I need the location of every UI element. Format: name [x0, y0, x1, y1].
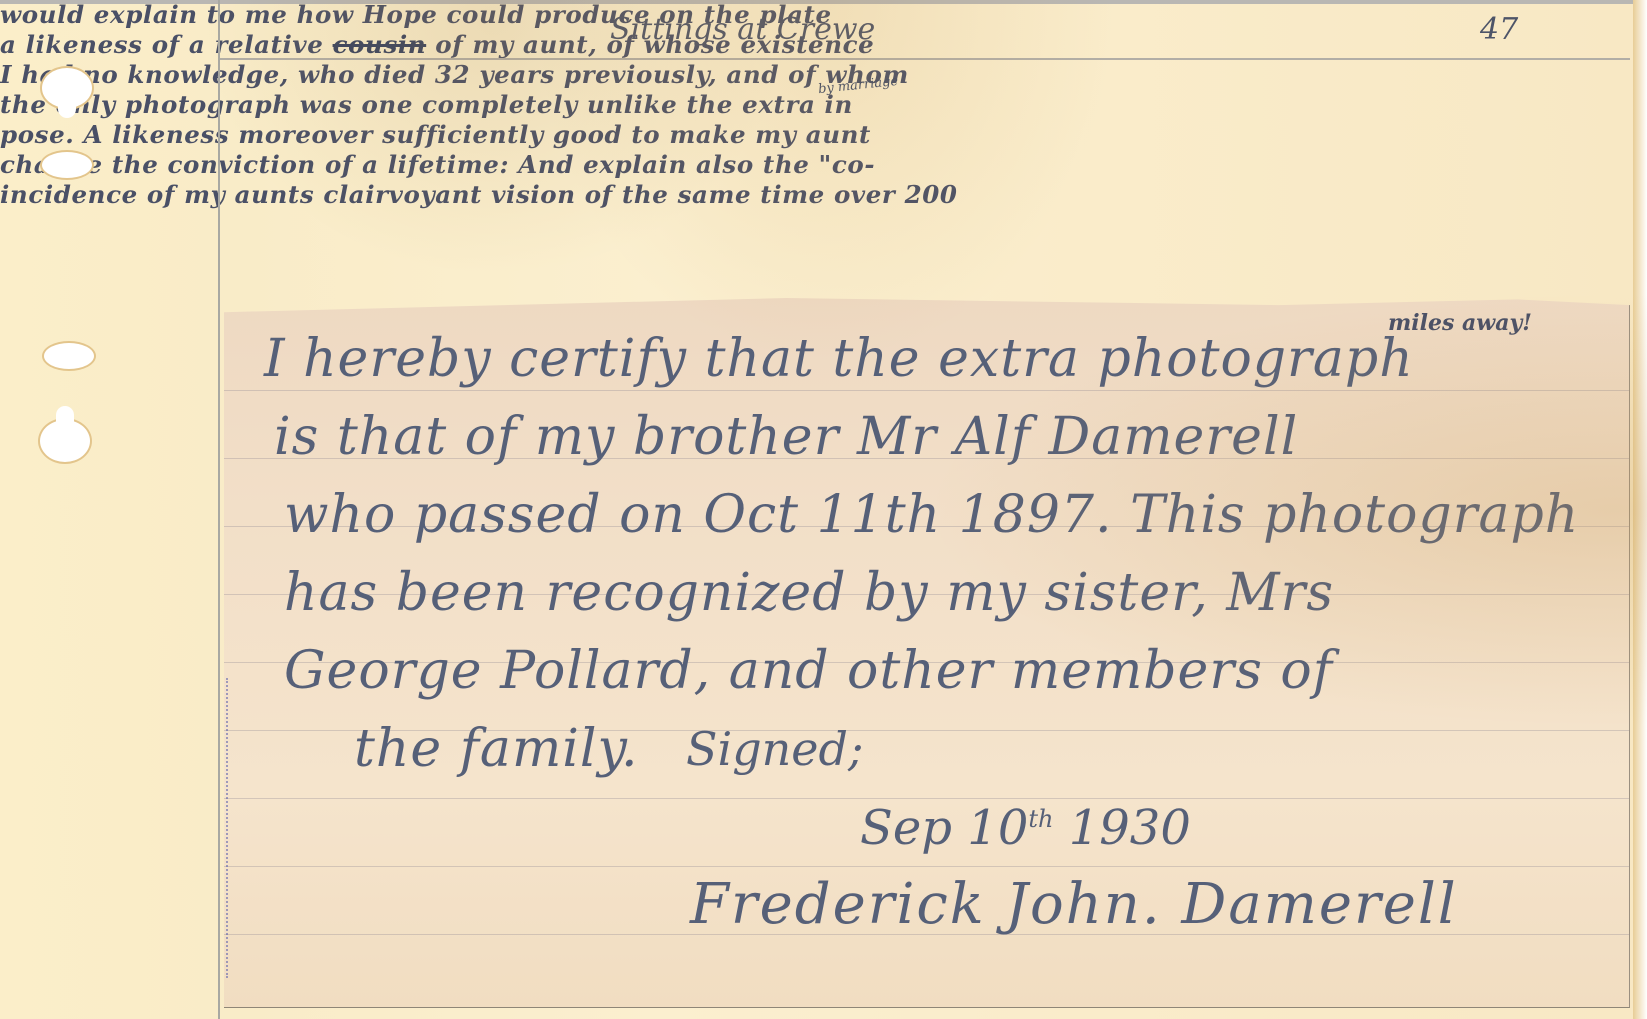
punch-hole: [40, 420, 90, 462]
punch-hole: [42, 152, 92, 178]
certificate-line: I hereby certify that the extra photogra…: [264, 320, 1579, 398]
signature-date: Sep 10th 1930: [860, 800, 1191, 856]
punch-hole: [42, 68, 92, 108]
text-line: incidence of my aunts clairvoyant vision…: [0, 180, 1647, 210]
signed-label: Signed;: [686, 722, 863, 776]
certificate-line: George Pollard, and other members of: [264, 632, 1579, 710]
page-top-edge: [0, 0, 1647, 4]
page-title: Sittings at Crewe: [610, 12, 875, 47]
signature: Frederick John. Damerell: [690, 872, 1458, 937]
text-fragment: a likeness of a relative: [0, 30, 333, 59]
struck-word: cousin: [333, 30, 427, 59]
ruled-line: [224, 866, 1629, 867]
punch-hole: [44, 343, 94, 369]
margin-rule: [218, 0, 220, 1019]
page-right-edge: [1633, 0, 1647, 1019]
certificate-line: who passed on Oct 11th 1897. This photog…: [264, 476, 1579, 554]
date-main: Sep 10: [860, 800, 1028, 856]
header-rule: [220, 58, 1630, 60]
date-suffix: th: [1028, 805, 1053, 833]
date-year: 1930: [1053, 800, 1190, 856]
text-line: change the conviction of a lifetime: And…: [0, 150, 1647, 180]
page-number: 47: [1480, 12, 1518, 47]
certificate-line: is that of my brother Mr Alf Damerell: [264, 398, 1579, 476]
text-line: pose. A likeness moreover sufficiently g…: [0, 120, 1647, 150]
certificate-line: the family.: [264, 710, 1579, 788]
certificate-text: I hereby certify that the extra photogra…: [264, 320, 1579, 788]
ruled-line: [224, 798, 1629, 799]
certificate-line: has been recognized by my sister, Mrs: [264, 554, 1579, 632]
scanned-notebook-page: Sittings at Crewe 47 would explain to me…: [0, 0, 1647, 1019]
slip-margin-ink-dots: [226, 678, 230, 978]
